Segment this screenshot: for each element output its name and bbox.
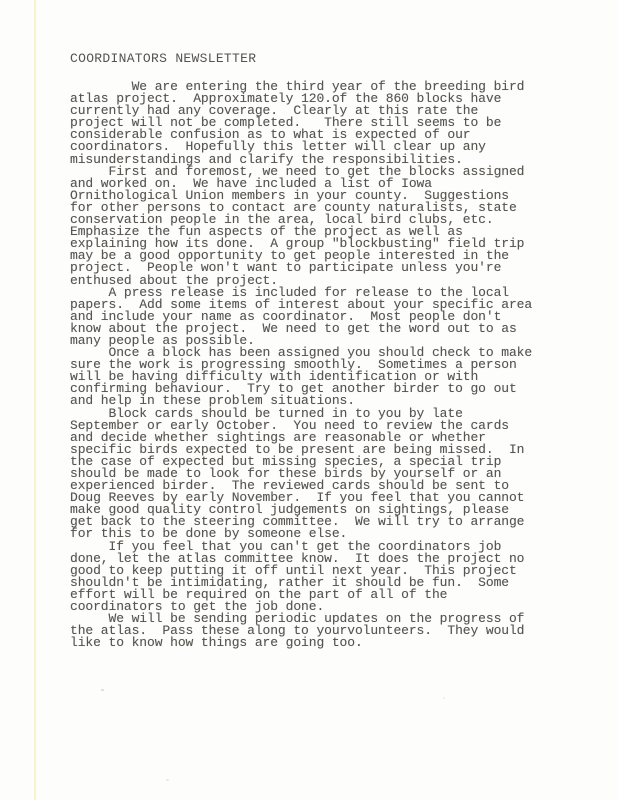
paragraph-intro: We are entering the third year of the br…	[70, 81, 570, 166]
scan-speck	[101, 689, 104, 691]
scan-speck	[443, 697, 445, 699]
paragraph-check-progress: Once a block has been assigned you shoul…	[70, 347, 570, 407]
paragraph-press-release: A press release is included for release …	[70, 287, 570, 347]
document-title: COORDINATORS NEWSLETTER	[70, 53, 256, 65]
paragraph-cant-do-job: If you feel that you can't get the coord…	[70, 541, 570, 614]
paragraph-blocks-assigned: First and foremost, we need to get the b…	[70, 166, 570, 287]
scan-edge-artifact	[34, 0, 36, 800]
document-body: We are entering the third year of the br…	[70, 81, 570, 649]
paragraph-periodic-updates: We will be sending periodic updates on t…	[70, 613, 570, 649]
scan-speck	[166, 779, 169, 781]
paragraph-block-cards: Block cards should be turned in to you b…	[70, 408, 570, 541]
scanned-document-page: COORDINATORS NEWSLETTER We are entering …	[0, 0, 618, 800]
